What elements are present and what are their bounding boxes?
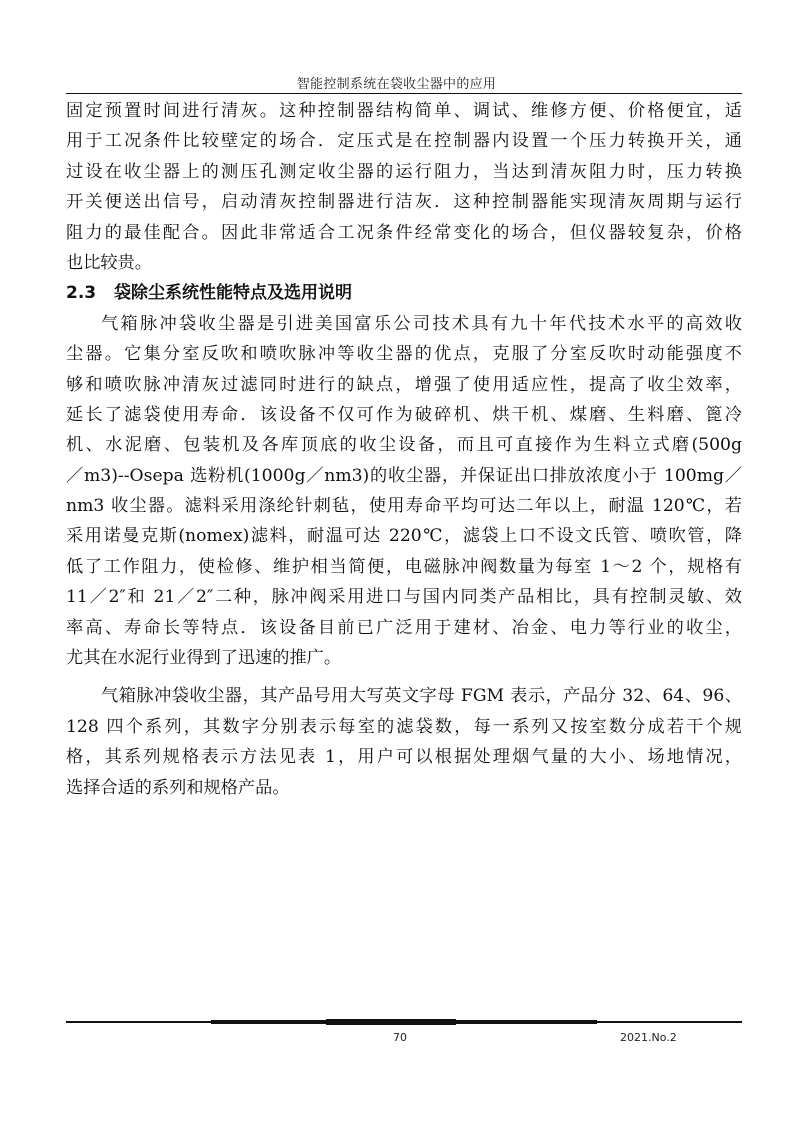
text-line: 机、水泥磨、包装机及各库顶底的收尘设备，而且可直接作为生料立式磨(500g xyxy=(66,430,742,460)
text-line: 选择合适的系列和规格产品。 xyxy=(66,773,742,803)
text-line: 低了工作阻力，使检修、维护相当简便，电磁脉冲阀数量为每室 1～2 个，规格有 xyxy=(66,552,742,582)
text-line: nm3 收尘器。滤料采用涤纶针刺毡，使用寿命平均可达二年以上，耐温 120℃，若 xyxy=(66,491,742,521)
issue-label: 2021.No.2 xyxy=(620,1031,677,1044)
footer-rule xyxy=(66,1018,742,1026)
section-heading: 2.3袋除尘系统性能特点及选用说明 xyxy=(66,278,742,308)
text-line: 固定预置时间进行清灰。这种控制器结构简单、调试、维修方便、价格便宜，适 xyxy=(66,96,742,126)
article-body: 固定预置时间进行清灰。这种控制器结构简单、调试、维修方便、价格便宜，适 用于工况… xyxy=(66,96,742,803)
paragraph-2: 气箱脉冲袋收尘器，其产品号用大写英文字母 FGM 表示，产品分 32、64、96… xyxy=(66,681,742,803)
text-line: 也比较贵。 xyxy=(66,248,742,278)
text-line: 延长了滤袋使用寿命．该设备不仅可作为破碎机、烘干机、煤磨、生料磨、篦冷 xyxy=(66,400,742,430)
header-rule xyxy=(66,93,742,94)
paragraph-gap xyxy=(66,673,742,681)
paragraph-continued: 固定预置时间进行清灰。这种控制器结构简单、调试、维修方便、价格便宜，适 用于工况… xyxy=(66,96,742,278)
text-line: 采用诺曼克斯(nomex)滤料，耐温可达 220℃，滤袋上口不设文氏管、喷吹管，… xyxy=(66,521,742,551)
text-line: 够和喷吹脉冲清灰过滤同时进行的缺点，增强了使用适应性，提高了收尘效率， xyxy=(66,370,742,400)
text-line: 气箱脉冲袋收尘器，其产品号用大写英文字母 FGM 表示，产品分 32、64、96… xyxy=(66,681,742,711)
text-line: 阻力的最佳配合。因此非常适合工况条件经常变化的场合，但仪器较复杂，价格 xyxy=(66,218,742,248)
text-line: 气箱脉冲袋收尘器是引进美国富乐公司技术具有九十年代技术水平的高效收 xyxy=(66,309,742,339)
section-title: 袋除尘系统性能特点及选用说明 xyxy=(114,283,352,303)
text-line: 尤其在水泥行业得到了迅速的推广。 xyxy=(66,643,742,673)
running-header-title: 智能控制系统在袋收尘器中的应用 xyxy=(0,73,793,92)
text-line: 开关便送出信号，启动清灰控制器进行洁灰．这种控制器能实现清灰周期与运行 xyxy=(66,187,742,217)
text-line: 过设在收尘器上的测压孔测定收尘器的运行阻力，当达到清灰阻力时，压力转换 xyxy=(66,157,742,187)
text-line: 用于工况条件比较壁定的场合．定压式是在控制器内设置一个压力转换开关，通 xyxy=(66,126,742,156)
text-line: 率高、寿命长等特点．该设备目前已广泛用于建材、冶金、电力等行业的收尘， xyxy=(66,613,742,643)
page-number: 70 xyxy=(385,1031,415,1044)
text-line: ／m3)--Osepa 选粉机(1000g／nm3)的收尘器，并保证出口排放浓度… xyxy=(66,461,742,491)
text-line: 格，其系列规格表示方法见表 1，用户可以根据处理烟气量的大小、场地情况， xyxy=(66,742,742,772)
text-line: 尘器。它集分室反吹和喷吹脉冲等收尘器的优点，克服了分室反吹时动能强度不 xyxy=(66,339,742,369)
text-line: 128 四个系列，其数字分别表示每室的滤袋数，每一系列又按室数分成若干个规 xyxy=(66,712,742,742)
text-line: 11／2″和 21／2″二种，脉冲阀采用进口与国内同类产品相比，具有控制灵敏、效 xyxy=(66,582,742,612)
section-number: 2.3 xyxy=(66,278,114,308)
paragraph-1: 气箱脉冲袋收尘器是引进美国富乐公司技术具有九十年代技术水平的高效收 尘器。它集分… xyxy=(66,309,742,674)
